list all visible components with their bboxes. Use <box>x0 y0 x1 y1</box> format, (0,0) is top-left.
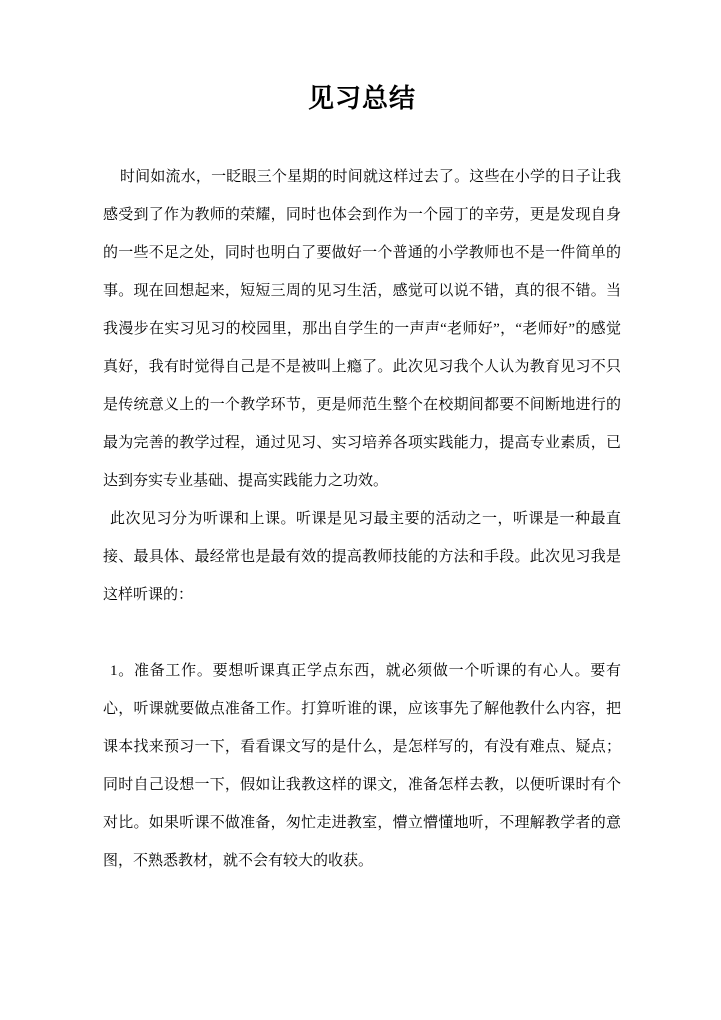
paragraph-listening-overview: 此次见习分为听课和上课。听课是见习最主要的活动之一，听课是一种最直接、最具体、最… <box>103 500 621 614</box>
document-title: 见习总结 <box>103 84 621 114</box>
paragraph-preparation: 1。准备工作。要想听课真正学点东西，就必须做一个听课的有心人。要有心，听课就要做… <box>103 652 621 880</box>
paragraph-intro: 时间如流水，一眨眼三个星期的时间就这样过去了。这些在小学的日子让我感受到了作为教… <box>103 158 621 500</box>
document-page: 见习总结 时间如流水，一眨眼三个星期的时间就这样过去了。这些在小学的日子让我感受… <box>0 0 721 1020</box>
